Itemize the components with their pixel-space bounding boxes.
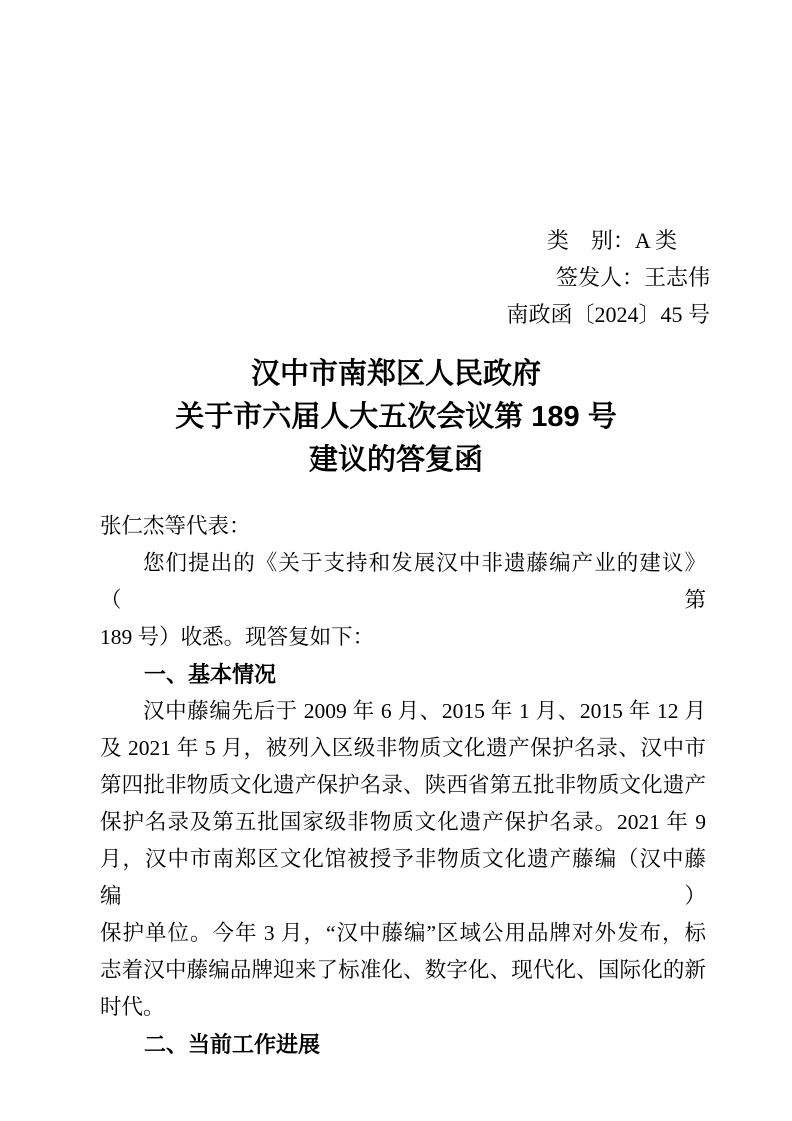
body-text-line: 及 2021 年 5 月，被列入区级非物质文化遗产保护名录、汉中市 bbox=[100, 730, 706, 767]
body-text-line: 时代。 bbox=[100, 989, 706, 1026]
body-text-line: 月，汉中市南郑区文化馆被授予非物质文化遗产藤编（汉中藤编） bbox=[100, 841, 706, 915]
meta-category-line: 类 别：A 类 bbox=[506, 222, 710, 259]
document-title-line-2: 关于市六届人大五次会议第 189 号 bbox=[0, 396, 792, 439]
body-text-line: 189 号）收悉。现答复如下： bbox=[100, 619, 706, 656]
section-heading: 二、当前工作进展 bbox=[100, 1026, 706, 1063]
document-meta-block: 类 别：A 类 签发人：王志伟 南政函〔2024〕45 号 bbox=[506, 222, 710, 333]
document-title-line-3: 建议的答复函 bbox=[0, 439, 792, 482]
body-text-line: 保护名录及第五批国家级非物质文化遗产保护名录。2021 年 9 bbox=[100, 804, 706, 841]
body-text-line: 保护单位。今年 3 月，“汉中藤编”区域公用品牌对外发布，标 bbox=[100, 915, 706, 952]
body-text-line: 张仁杰等代表： bbox=[100, 508, 706, 545]
body-text-line: 第四批非物质文化遗产保护名录、陕西省第五批非物质文化遗产 bbox=[100, 767, 706, 804]
section-heading: 一、基本情况 bbox=[100, 656, 706, 693]
body-text-line: 您们提出的《关于支持和发展汉中非遗藤编产业的建议》（第 bbox=[100, 545, 706, 619]
document-page: 类 别：A 类 签发人：王志伟 南政函〔2024〕45 号 汉中市南郑区人民政府… bbox=[0, 0, 792, 1121]
body-text-line: 汉中藤编先后于 2009 年 6 月、2015 年 1 月、2015 年 12 … bbox=[100, 693, 706, 730]
document-title-line-1: 汉中市南郑区人民政府 bbox=[0, 353, 792, 396]
document-title: 汉中市南郑区人民政府 关于市六届人大五次会议第 189 号 建议的答复函 bbox=[0, 353, 792, 482]
meta-doc-number-line: 南政函〔2024〕45 号 bbox=[506, 296, 710, 333]
document-body: 张仁杰等代表：您们提出的《关于支持和发展汉中非遗藤编产业的建议》（第189 号）… bbox=[100, 508, 706, 1063]
body-text-line: 志着汉中藤编品牌迎来了标准化、数字化、现代化、国际化的新 bbox=[100, 952, 706, 989]
meta-issuer-line: 签发人：王志伟 bbox=[506, 259, 710, 296]
